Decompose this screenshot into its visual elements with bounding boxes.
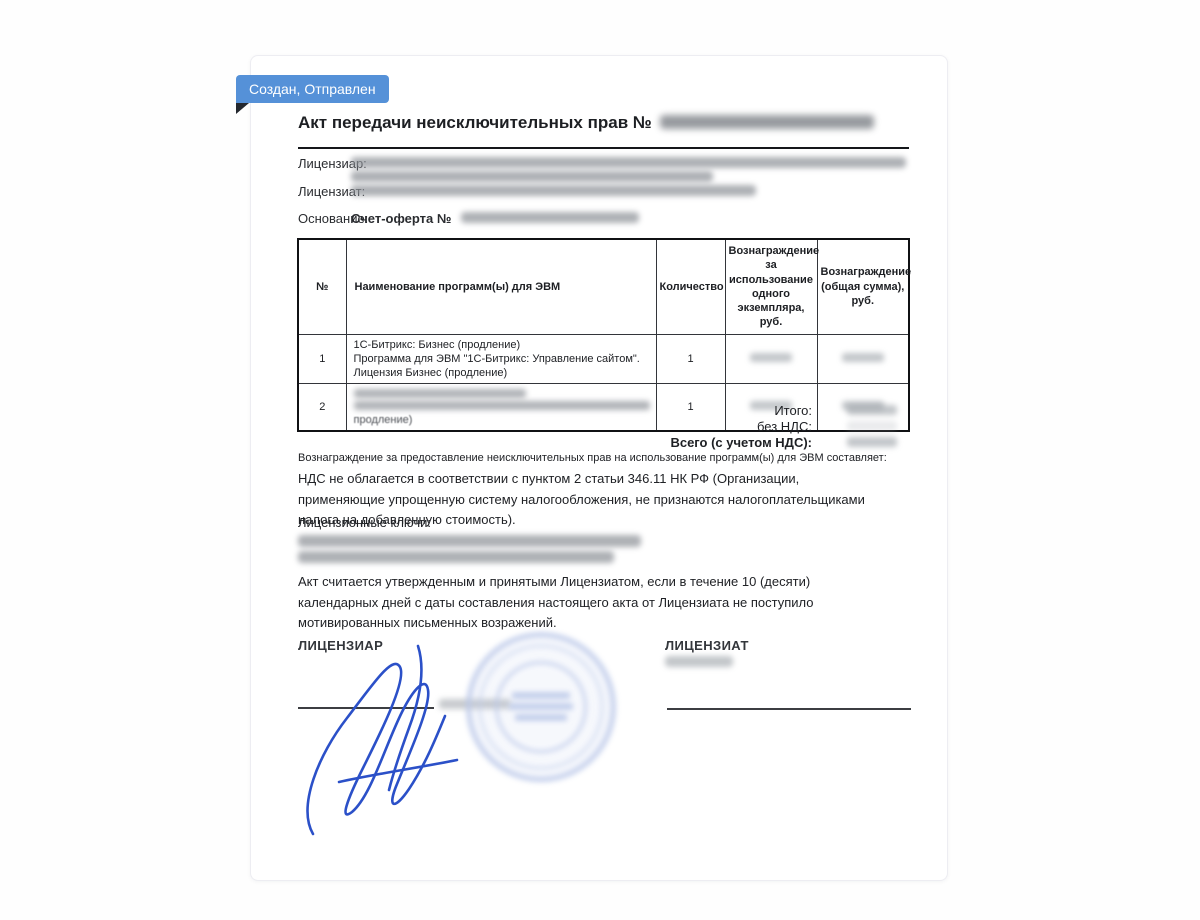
row2-name-tail: продление): [354, 414, 413, 426]
handwritten-signature: [297, 634, 487, 844]
licensee-signature-line: [667, 708, 911, 710]
redacted-row2-name-line1: [354, 389, 526, 398]
redacted-total-value: [847, 405, 897, 415]
redacted-grand-total-value: [847, 437, 897, 447]
redacted-row2-name-line2: [354, 401, 650, 410]
no-vat-label: без НДС:: [757, 419, 812, 434]
row1-total-fee: [817, 334, 909, 383]
document-title: Акт передачи неисключительных прав №: [298, 113, 874, 133]
row2-num: 2: [298, 384, 346, 432]
redacted-licensor-line1: [351, 157, 906, 168]
table-row: 1 1С-Битрикс: Бизнес (продление) Програм…: [298, 334, 909, 383]
table-row: 2 продление) 1: [298, 384, 909, 432]
row1-unit-fee: [725, 334, 817, 383]
acceptance-text: Акт считается утвержденным и принятыми Л…: [298, 572, 886, 634]
redacted-license-key-1: [298, 535, 641, 547]
page-background: Создан, Отправлен Акт передачи неисключи…: [0, 0, 1200, 920]
col-header-total-fee: Вознаграждение (общая сумма), руб.: [817, 239, 909, 334]
title-divider: [298, 147, 909, 149]
document-sheet: Акт передачи неисключительных прав № Лиц…: [250, 55, 948, 881]
row2-qty: 1: [656, 384, 725, 432]
row2-name: продление): [346, 384, 656, 432]
company-stamp: [466, 632, 616, 782]
col-header-unit-fee: Вознаграждение за использование одного э…: [725, 239, 817, 334]
status-badge[interactable]: Создан, Отправлен: [236, 75, 389, 103]
license-keys-label: Лицензионные ключи:: [298, 513, 886, 534]
redacted-licensor-line2: [351, 171, 713, 182]
basis-value: Счет-оферта №: [351, 211, 451, 226]
table-header-row: № Наименование программ(ы) для ЭВМ Колич…: [298, 239, 909, 334]
col-header-qty: Количество: [656, 239, 725, 334]
grand-total-label: Всего (с учетом НДС):: [670, 435, 812, 450]
status-badge-fold: [236, 103, 249, 114]
redacted-licensee-name: [665, 656, 733, 667]
redacted-act-number: [660, 115, 874, 129]
stamp-text-line: [509, 703, 573, 710]
row1-name: 1С-Битрикс: Бизнес (продление) Программа…: [346, 334, 656, 383]
total-label: Итого:: [774, 403, 812, 418]
row1-qty: 1: [656, 334, 725, 383]
stamp-text-line: [515, 714, 567, 721]
row1-name-line2: Программа для ЭВМ "1С-Битрикс: Управлени…: [354, 352, 649, 380]
document-title-text: Акт передачи неисключительных прав №: [298, 113, 652, 132]
col-header-name: Наименование программ(ы) для ЭВМ: [346, 239, 656, 334]
redacted-licensee-line: [351, 185, 756, 196]
redacted-no-vat-value: [847, 421, 897, 431]
col-header-num: №: [298, 239, 346, 334]
stamp-text-line: [512, 692, 570, 699]
redacted-license-key-2: [298, 551, 614, 563]
reward-intro-text: Вознаграждение за предоставление неисклю…: [298, 452, 909, 464]
items-table: № Наименование программ(ы) для ЭВМ Колич…: [297, 238, 910, 432]
redacted-row1-total-fee: [842, 353, 884, 362]
licensee-signature-title: ЛИЦЕНЗИАТ: [665, 638, 749, 653]
row1-name-line1: 1С-Битрикс: Бизнес (продление): [354, 338, 649, 352]
redacted-basis-number: [461, 212, 639, 223]
row1-num: 1: [298, 334, 346, 383]
redacted-row1-unit-fee: [750, 353, 792, 362]
